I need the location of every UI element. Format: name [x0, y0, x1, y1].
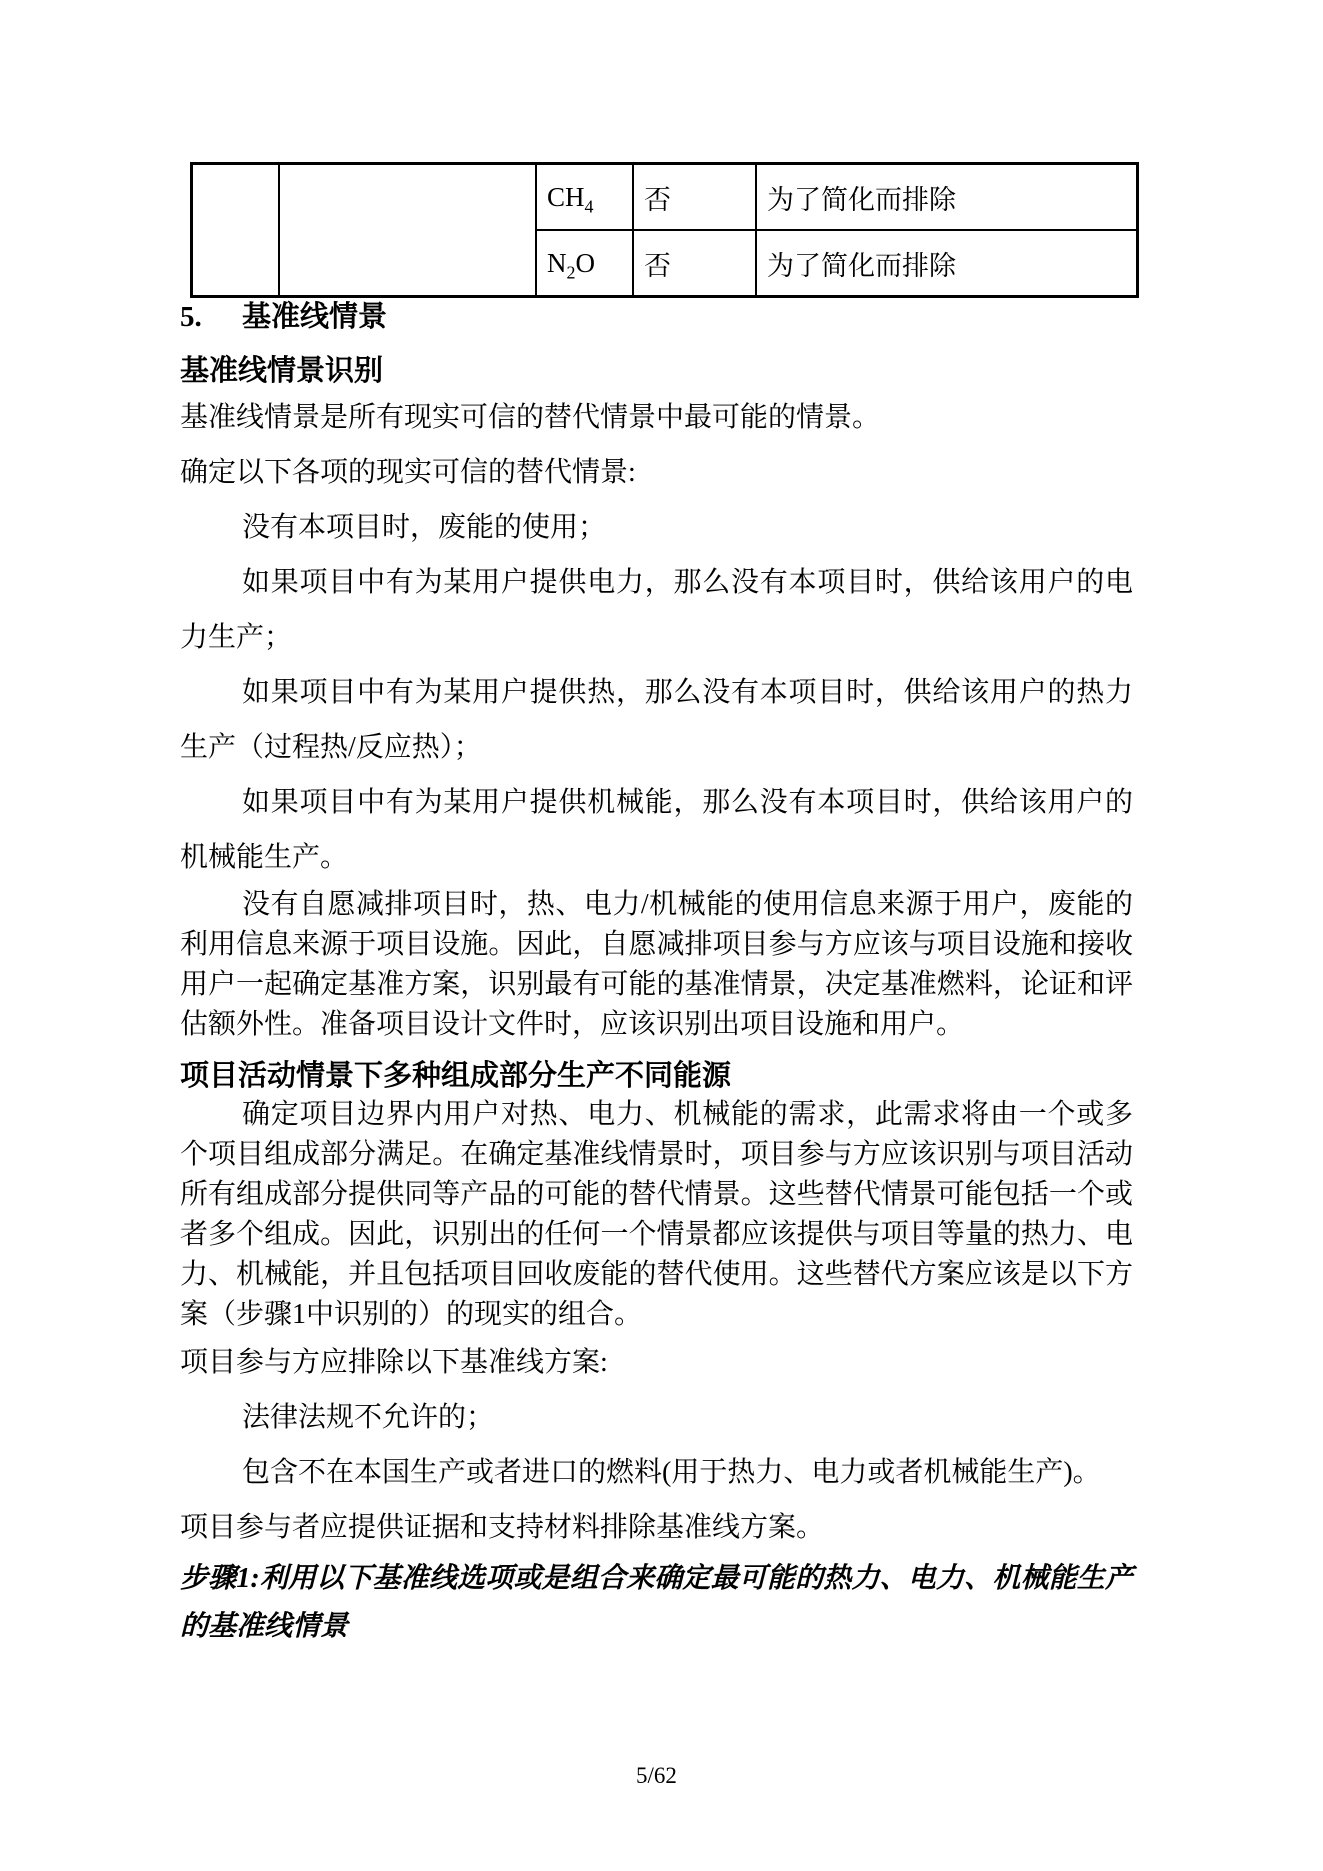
document-body: 5.基准线情景 基准线情景识别 基准线情景是所有现实可信的替代情景中最可能的情景…	[180, 298, 1133, 1651]
list-item-mechanical-energy: 如果项目中有为某用户提供机械能，那么没有本项目时，供给该用户的机械能生产。	[180, 775, 1133, 885]
subheading-baseline-identification: 基准线情景识别	[180, 352, 1133, 390]
table-cell-empty-1	[192, 164, 280, 297]
step1-heading: 步骤1:利用以下基准线选项或是组合来确定最可能的热力、电力、机械能生产的基准线情…	[180, 1555, 1133, 1651]
page-number: 5/62	[0, 1763, 1313, 1789]
gas-symbol-suffix: O	[576, 248, 596, 278]
justification-cell: 为了简化而排除	[756, 230, 1138, 297]
included-cell: 否	[633, 164, 756, 231]
gas-symbol: CH	[547, 182, 585, 212]
paragraph-determine-alternatives: 确定以下各项的现实可信的替代情景:	[180, 445, 1133, 500]
paragraph-exclude-baseline-options: 项目参与方应排除以下基准线方案:	[180, 1335, 1133, 1390]
list-item-waste-energy-use: 没有本项目时，废能的使用；	[180, 500, 1133, 555]
paragraph-project-boundary-demand: 确定项目边界内用户对热、电力、机械能的需求，此需求将由一个或多个项目组成部分满足…	[180, 1095, 1133, 1335]
table-cell-empty-2	[279, 164, 536, 297]
gas-subscript: 4	[585, 196, 594, 216]
list-item-heat: 如果项目中有为某用户提供热，那么没有本项目时，供给该用户的热力生产（过程热/反应…	[180, 665, 1133, 775]
table-row: CH4 否 为了简化而排除	[192, 164, 1138, 231]
section-title: 基准线情景	[242, 301, 387, 333]
section-heading: 5.基准线情景	[180, 298, 1133, 336]
section-number: 5.	[180, 298, 242, 336]
gas-formula-cell: CH4	[536, 164, 633, 231]
justification-cell: 为了简化而排除	[756, 164, 1138, 231]
gas-symbol: N	[547, 248, 567, 278]
paragraph-baseline-definition: 基准线情景是所有现实可信的替代情景中最可能的情景。	[180, 390, 1133, 445]
gas-formula-cell: N2O	[536, 230, 633, 297]
document-page: CH4 否 为了简化而排除 N2O 否 为了简化而排除 5.基准线情景 基准线情…	[0, 0, 1323, 1871]
included-cell: 否	[633, 230, 756, 297]
list-item-electricity: 如果项目中有为某用户提供电力，那么没有本项目时，供给该用户的电力生产；	[180, 555, 1133, 665]
paragraph-provide-evidence: 项目参与者应提供证据和支持材料排除基准线方案。	[180, 1500, 1133, 1555]
gas-exclusion-table: CH4 否 为了简化而排除 N2O 否 为了简化而排除	[190, 162, 1139, 298]
list-item-fuel-not-produced: 包含不在本国生产或者进口的燃料(用于热力、电力或者机械能生产)。	[180, 1445, 1133, 1500]
list-item-not-legal: 法律法规不允许的；	[180, 1390, 1133, 1445]
paragraph-information-sources: 没有自愿减排项目时，热、电力/机械能的使用信息来源于用户，废能的利用信息来源于项…	[180, 885, 1133, 1045]
gas-subscript: 2	[567, 262, 576, 282]
subheading-multiple-components: 项目活动情景下多种组成部分生产不同能源	[180, 1057, 1133, 1095]
